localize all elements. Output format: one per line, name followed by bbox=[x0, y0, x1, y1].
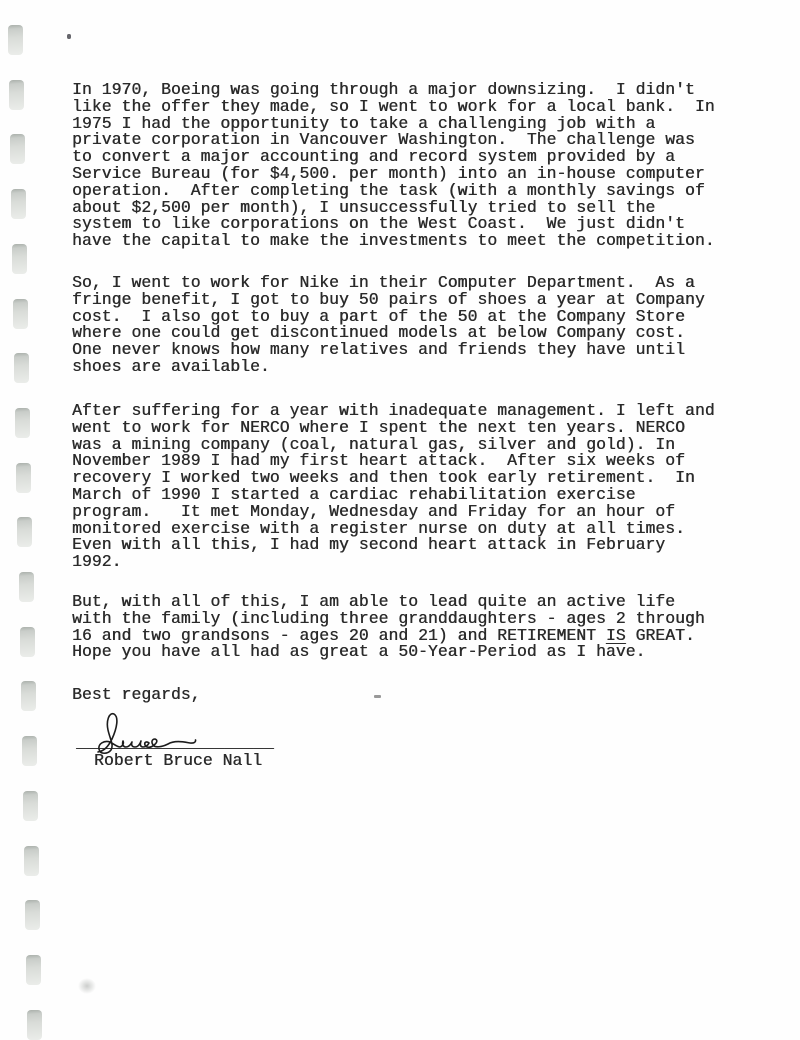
binding-hole bbox=[13, 299, 28, 329]
binding-hole bbox=[12, 244, 27, 274]
signature-line: ____________________ bbox=[76, 735, 274, 752]
binding-hole bbox=[20, 627, 35, 657]
binding-hole bbox=[24, 846, 39, 876]
paragraph-retirement: But, with all of this, I am able to lead… bbox=[72, 594, 705, 661]
binding-hole bbox=[8, 25, 23, 55]
paragraph-nerco-health: After suffering for a year with inadequa… bbox=[72, 403, 715, 571]
typed-signer-name: Robert Bruce Nall bbox=[94, 753, 262, 770]
binding-hole bbox=[22, 736, 37, 766]
paragraph-boeing-bank: In 1970, Boeing was going through a majo… bbox=[72, 82, 715, 250]
binding-hole bbox=[27, 1010, 42, 1040]
scan-speck bbox=[374, 695, 381, 698]
binding-hole bbox=[16, 463, 31, 493]
paragraph-nike: So, I went to work for Nike in their Com… bbox=[72, 275, 705, 376]
binding-hole bbox=[19, 572, 34, 602]
binding-hole bbox=[10, 134, 25, 164]
binding-hole bbox=[11, 189, 26, 219]
binding-hole bbox=[15, 408, 30, 438]
scan-speck bbox=[67, 34, 71, 39]
binding-hole bbox=[9, 80, 24, 110]
binding-hole bbox=[21, 681, 36, 711]
closing-salutation: Best regards, bbox=[72, 687, 201, 704]
binding-hole bbox=[14, 353, 29, 383]
binding-hole bbox=[17, 517, 32, 547]
scan-smudge bbox=[78, 978, 96, 994]
letter-page: In 1970, Boeing was going through a majo… bbox=[0, 0, 800, 1040]
binding-hole bbox=[26, 955, 41, 985]
binding-hole bbox=[25, 900, 40, 930]
binding-hole bbox=[23, 791, 38, 821]
